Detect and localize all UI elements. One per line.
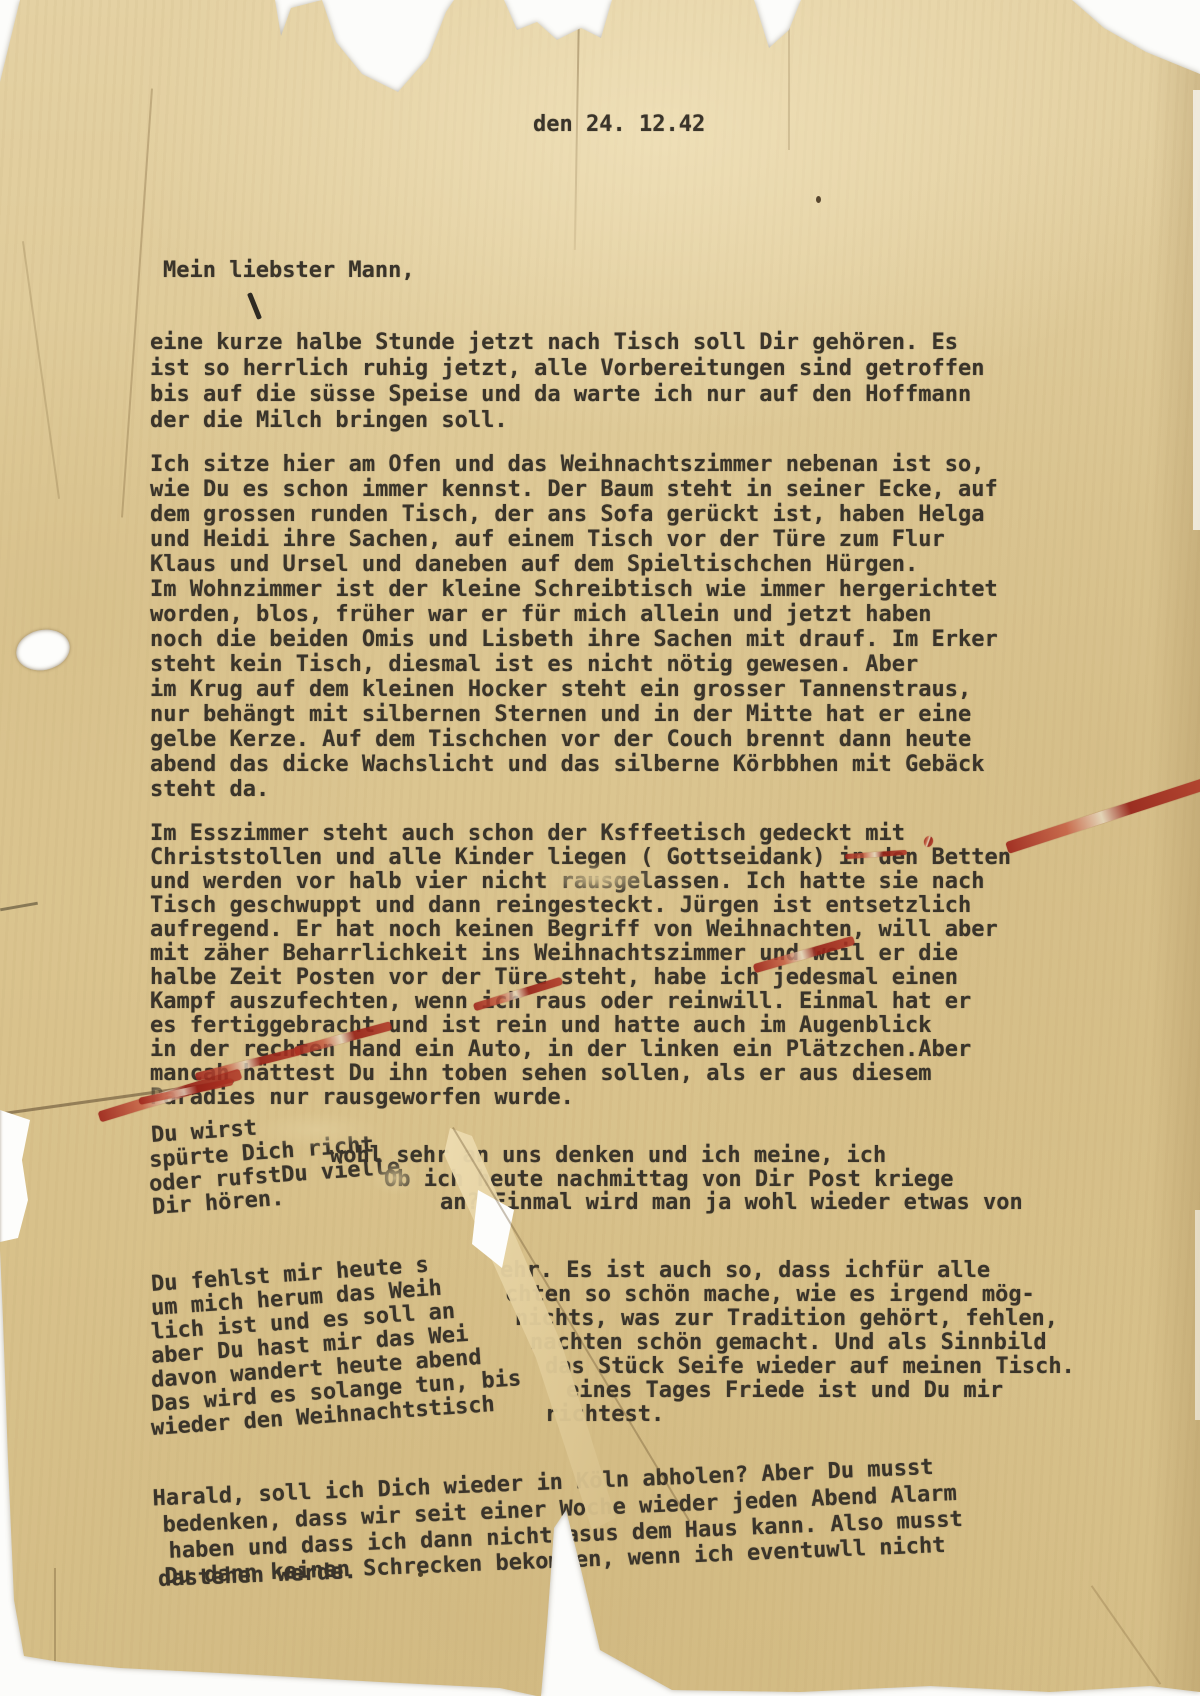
letter-line: dem grossen runden Tisch, der ans Sofa g… xyxy=(150,502,998,527)
letter-line: steht da. xyxy=(150,777,998,802)
letter-line-segment: das Stück Seife wieder auf meinen Tisch. xyxy=(545,1354,1075,1379)
letter-line-segment: wohl sehr an uns denken und ich meine, i… xyxy=(330,1143,886,1168)
letter-line: ist so herrlich ruhig jetzt, alle Vorber… xyxy=(150,356,984,382)
paper-hole xyxy=(12,625,73,675)
letter-line-segment: chten so schön mache, wie es irgend mög- xyxy=(505,1282,1035,1307)
pen-tick xyxy=(247,292,262,320)
letter-line: wie Du es schon immer kennst. Der Baum s… xyxy=(150,477,998,502)
letter-line: halbe Zeit Posten vor der Türe steht, ha… xyxy=(150,966,1011,990)
letter-line-segment: ehr. Es ist auch so, dass ichfür alle xyxy=(500,1258,990,1283)
letter-line: worden, blos, früher war er für mich all… xyxy=(150,602,998,627)
edge-shading xyxy=(1150,0,1200,1696)
edge-mark xyxy=(0,902,38,912)
letter-line: gelbe Kerze. Auf dem Tischchen vor der C… xyxy=(150,727,998,752)
paper-speck xyxy=(816,196,821,203)
crease xyxy=(54,1568,56,1668)
date-line: den 24. 12.42 xyxy=(533,112,705,137)
letter-line: Ich sitze hier am Ofen und das Weihnacht… xyxy=(150,452,998,477)
letter-line: nur behängt mit silbernen Sternen und in… xyxy=(150,702,998,727)
crease xyxy=(121,88,153,517)
paragraph-2: Ich sitze hier am Ofen und das Weihnacht… xyxy=(150,452,998,802)
red-pencil-mark xyxy=(1005,778,1200,854)
letter-line: Paradies nur rausgeworfen wurde. xyxy=(150,1086,1011,1110)
letter-line: bis auf die süsse Speise und da warte ic… xyxy=(150,382,984,408)
letter-line: Im Esszimmer steht auch schon der Ksffee… xyxy=(150,822,1011,846)
letter-line: noch die beiden Omis und Lisbeth ihre Sa… xyxy=(150,627,998,652)
letter-line: mit zäher Beharrlichkeit ins Weihnachtsz… xyxy=(150,942,1011,966)
letter-line-segment: nichts, was zur Tradition gehört, fehlen… xyxy=(515,1306,1058,1331)
crease xyxy=(22,241,60,499)
edge-tear-notch xyxy=(0,1104,34,1244)
letter-line: aufregend. Er hat noch keinen Begriff vo… xyxy=(150,918,1011,942)
letter-line-segment: an? Einmal wird man ja wohl wieder etwas… xyxy=(440,1190,1023,1215)
letter-line: Im Wohnzimmer ist der kleine Schreibtisc… xyxy=(150,577,998,602)
paragraph-1: eine kurze halbe Stunde jetzt nach Tisch… xyxy=(150,330,984,434)
letter-line: der die Milch bringen soll. xyxy=(150,408,984,434)
scan-edge-sliver xyxy=(1193,90,1200,530)
letter-line: es fertiggebracht und ist rein und hatte… xyxy=(150,1014,1011,1038)
letter-line-segment: eines Tages Friede ist und Du mir xyxy=(566,1378,1003,1403)
letter-line: Kampf auszufechten, wenn ich raus oder r… xyxy=(150,990,1011,1014)
paragraph-3: Im Esszimmer steht auch schon der Ksffee… xyxy=(150,822,1011,1110)
letter-line-segment: nachten schön gemacht. Und als Sinnbild xyxy=(530,1330,1047,1355)
letter-line: mancah hättest Du ihn toben sehen sollen… xyxy=(150,1062,1011,1086)
letter-line: Klaus und Ursel und daneben auf dem Spie… xyxy=(150,552,998,577)
letter-line: Tisch geschwuppt und dann reingesteckt. … xyxy=(150,894,1011,918)
crease xyxy=(1091,1585,1161,1684)
salutation: Mein liebster Mann, xyxy=(163,258,415,283)
letter-line: im Krug auf dem kleinen Hocker steht ein… xyxy=(150,677,998,702)
letter-line: steht kein Tisch, diesmal ist es nicht n… xyxy=(150,652,998,677)
paper: den 24. 12.42 Mein liebster Mann, eine k… xyxy=(0,0,1200,1696)
letter-line: eine kurze halbe Stunde jetzt nach Tisch… xyxy=(150,330,984,356)
letter-line: und Heidi ihre Sachen, auf einem Tisch v… xyxy=(150,527,998,552)
letter-line: Christstollen und alle Kinder liegen ( G… xyxy=(150,846,1011,870)
letter-line: abend das dicke Wachslicht und das silbe… xyxy=(150,752,998,777)
paper-wrap: den 24. 12.42 Mein liebster Mann, eine k… xyxy=(0,0,1200,1696)
crease xyxy=(788,0,790,150)
letter-page: den 24. 12.42 Mein liebster Mann, eine k… xyxy=(0,0,1200,1696)
letter-line: und werden vor halb vier nicht rausgelas… xyxy=(150,870,1011,894)
scan-edge-sliver xyxy=(1195,1210,1200,1420)
